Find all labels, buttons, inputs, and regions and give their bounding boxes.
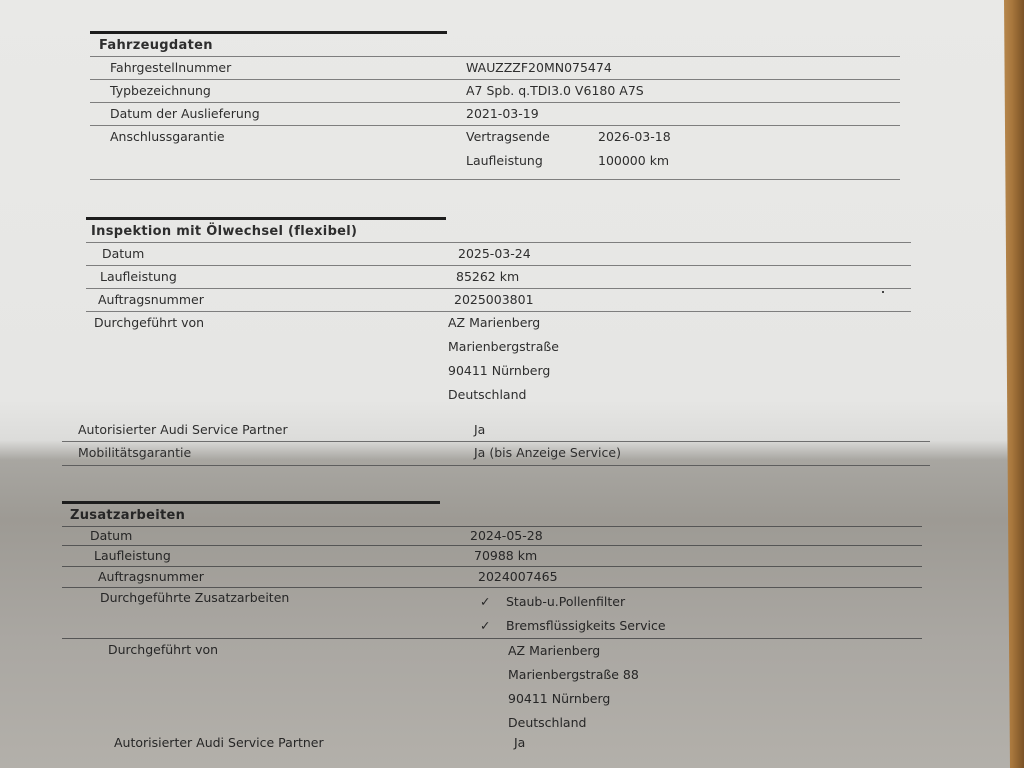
warranty-mileage-value: 100000 km <box>598 153 669 175</box>
table-row: Auftragsnummer 2024007465 <box>62 566 922 587</box>
type-value: A7 Spb. q.TDI3.0 V6180 A7S <box>466 80 644 102</box>
table-row: Fahrgestellnummer WAUZZZF20MN075474 <box>90 56 900 79</box>
check-icon: ✓ <box>480 590 502 614</box>
check-icon: ✓ <box>480 614 502 638</box>
additional-order-value: 2024007465 <box>478 567 558 587</box>
work-item: ✓ Staub-u.Pollenfilter <box>480 590 666 614</box>
ink-speck <box>882 291 884 293</box>
table-row: Laufleistung 85262 km <box>86 265 911 288</box>
table-row: Auftragsnummer 2025003801 <box>86 288 911 311</box>
additional-mileage-value: 70988 km <box>474 546 537 566</box>
vehicle-data-section: Fahrzeugdaten Fahrgestellnummer WAUZZZF2… <box>90 31 900 180</box>
table-row: Datum 2024-05-28 <box>62 526 922 545</box>
section-title: Zusatzarbeiten <box>62 504 922 526</box>
table-row: Laufleistung 70988 km <box>62 545 922 566</box>
section-title: Fahrzeugdaten <box>90 34 900 56</box>
inspection-order-value: 2025003801 <box>454 289 534 311</box>
additional-work-section: Zusatzarbeiten Datum 2024-05-28 Laufleis… <box>62 501 922 750</box>
service-record-paper: Fahrzeugdaten Fahrgestellnummer WAUZZZF2… <box>0 0 1010 768</box>
performed-by-row: Durchgeführt von AZ Marienberg Marienber… <box>86 311 911 411</box>
vin-value: WAUZZZF20MN075474 <box>466 57 612 79</box>
delivery-date-value: 2021-03-19 <box>466 103 539 125</box>
inspection-date-value: 2025-03-24 <box>458 243 531 265</box>
work-items-row: Durchgeführte Zusatzarbeiten ✓ Staub-u.P… <box>62 587 922 639</box>
table-row: Datum 2025-03-24 <box>86 242 911 265</box>
contract-end-value: 2026-03-18 <box>598 129 671 153</box>
inspection-mileage-value: 85262 km <box>456 266 519 288</box>
mobility-value: Ja (bis Anzeige Service) <box>474 445 621 460</box>
warranty-row: Anschlussgarantie Vertragsende 2026-03-1… <box>90 125 900 180</box>
table-row: Typbezeichnung A7 Spb. q.TDI3.0 V6180 A7… <box>90 79 900 102</box>
inspection-footer: Autorisierter Audi Service Partner Ja Mo… <box>62 419 930 466</box>
inspection-authorized-value: Ja <box>474 422 485 437</box>
section-title: Inspektion mit Ölwechsel (flexibel) <box>86 220 911 242</box>
performed-by-row: Durchgeführt von AZ Marienberg Marienber… <box>62 639 922 735</box>
additional-date-value: 2024-05-28 <box>470 527 543 545</box>
table-row: Datum der Auslieferung 2021-03-19 <box>90 102 900 125</box>
work-item: ✓ Bremsflüssigkeits Service <box>480 614 666 638</box>
authorized-row: Autorisierter Audi Service Partner Ja <box>62 735 922 750</box>
inspection-section: Inspektion mit Ölwechsel (flexibel) Datu… <box>86 217 911 411</box>
additional-authorized-value: Ja <box>514 735 525 750</box>
